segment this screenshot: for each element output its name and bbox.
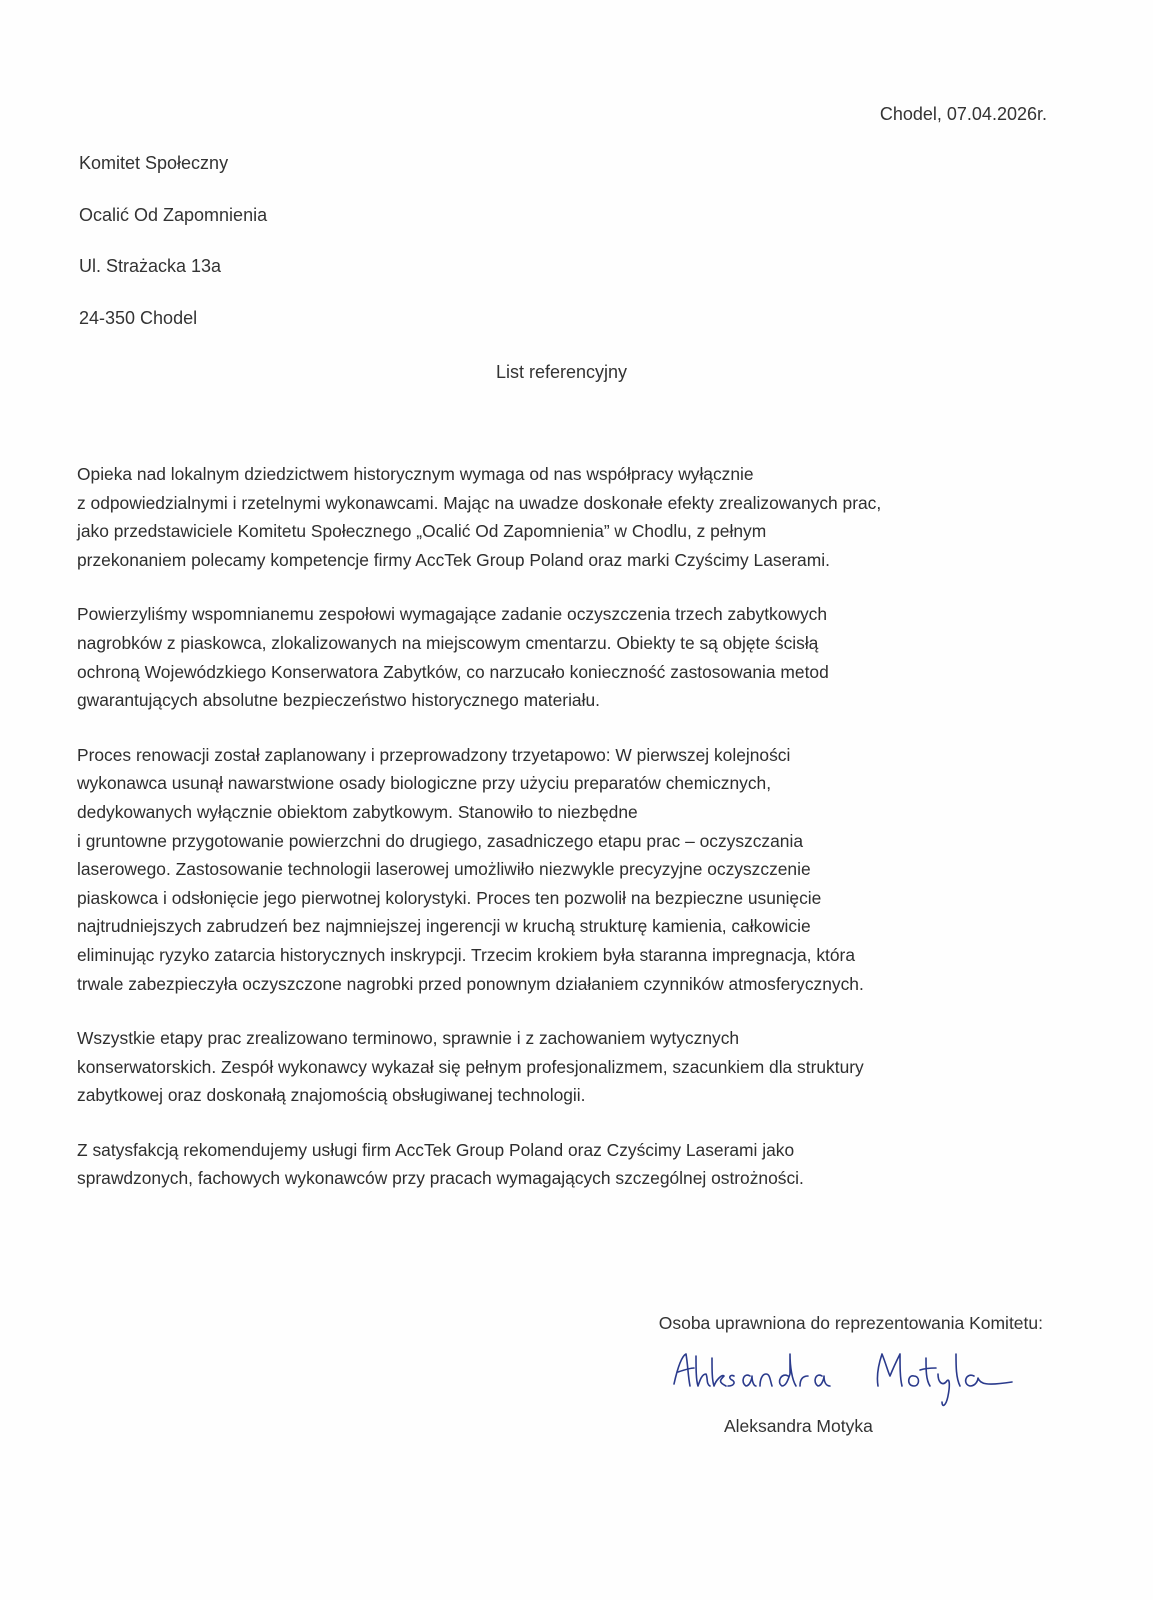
body-paragraph: Z satysfakcją rekomendujemy usługi firm … [77,1136,1067,1193]
body-line: jako przedstawiciele Komitetu Społeczneg… [77,517,1067,546]
body-line: konserwatorskich. Zespół wykonawcy wykaz… [77,1053,1067,1082]
body-line: i gruntowne przygotowanie powierzchni do… [77,827,1067,856]
place-date: Chodel, 07.04.2026r. [880,104,1047,125]
body-line: gwarantujących absolutne bezpieczeństwo … [77,686,1067,715]
body-line: eliminując ryzyko zatarcia historycznych… [77,941,1067,970]
body-line: dedykowanych wyłącznie obiektom zabytkow… [77,798,1067,827]
body-line: Proces renowacji został zaplanowany i pr… [77,741,1067,770]
letter-body: Opieka nad lokalnym dziedzictwem history… [77,460,1067,1219]
recipient-line-1: Komitet Społeczny [79,153,228,174]
body-paragraph: Powierzyliśmy wspomnianemu zespołowi wym… [77,600,1067,714]
body-line: Z satysfakcją rekomendujemy usługi firm … [77,1136,1067,1165]
signature-label: Osoba uprawniona do reprezentowania Komi… [659,1313,1043,1334]
body-line: ochroną Wojewódzkiego Konserwatora Zabyt… [77,658,1067,687]
body-line: Powierzyliśmy wspomnianemu zespołowi wym… [77,600,1067,629]
body-line: laserowego. Zastosowanie technologii las… [77,855,1067,884]
body-paragraph: Wszystkie etapy prac zrealizowano termin… [77,1024,1067,1110]
document-title: List referencyjny [0,362,1123,383]
letter-page: Chodel, 07.04.2026r. Komitet Społeczny O… [0,0,1153,1600]
body-paragraph: Proces renowacji został zaplanowany i pr… [77,741,1067,998]
recipient-line-2: Ocalić Od Zapomnienia [79,205,267,226]
body-line: wykonawca usunął nawarstwione osady biol… [77,769,1067,798]
recipient-line-4: 24-350 Chodel [79,308,197,329]
body-line: z odpowiedzialnymi i rzetelnymi wykonawc… [77,489,1067,518]
body-line: zabytkowej oraz doskonałą znajomością ob… [77,1081,1067,1110]
body-line: sprawdzonych, fachowych wykonawców przy … [77,1164,1067,1193]
body-line: najtrudniejszych zabrudzeń bez najmniejs… [77,912,1067,941]
body-line: nagrobków z piaskowca, zlokalizowanych n… [77,629,1067,658]
body-line: piaskowca i odsłonięcie jego pierwotnej … [77,884,1067,913]
signatory-name: Aleksandra Motyka [724,1416,873,1437]
recipient-line-3: Ul. Strażacka 13a [79,256,221,277]
body-line: przekonaniem polecamy kompetencje firmy … [77,546,1067,575]
body-line: Opieka nad lokalnym dziedzictwem history… [77,460,1067,489]
body-line: Wszystkie etapy prac zrealizowano termin… [77,1024,1067,1053]
handwritten-signature [668,1346,1028,1416]
body-line: trwale zabezpieczyła oczyszczone nagrobk… [77,970,1067,999]
body-paragraph: Opieka nad lokalnym dziedzictwem history… [77,460,1067,574]
